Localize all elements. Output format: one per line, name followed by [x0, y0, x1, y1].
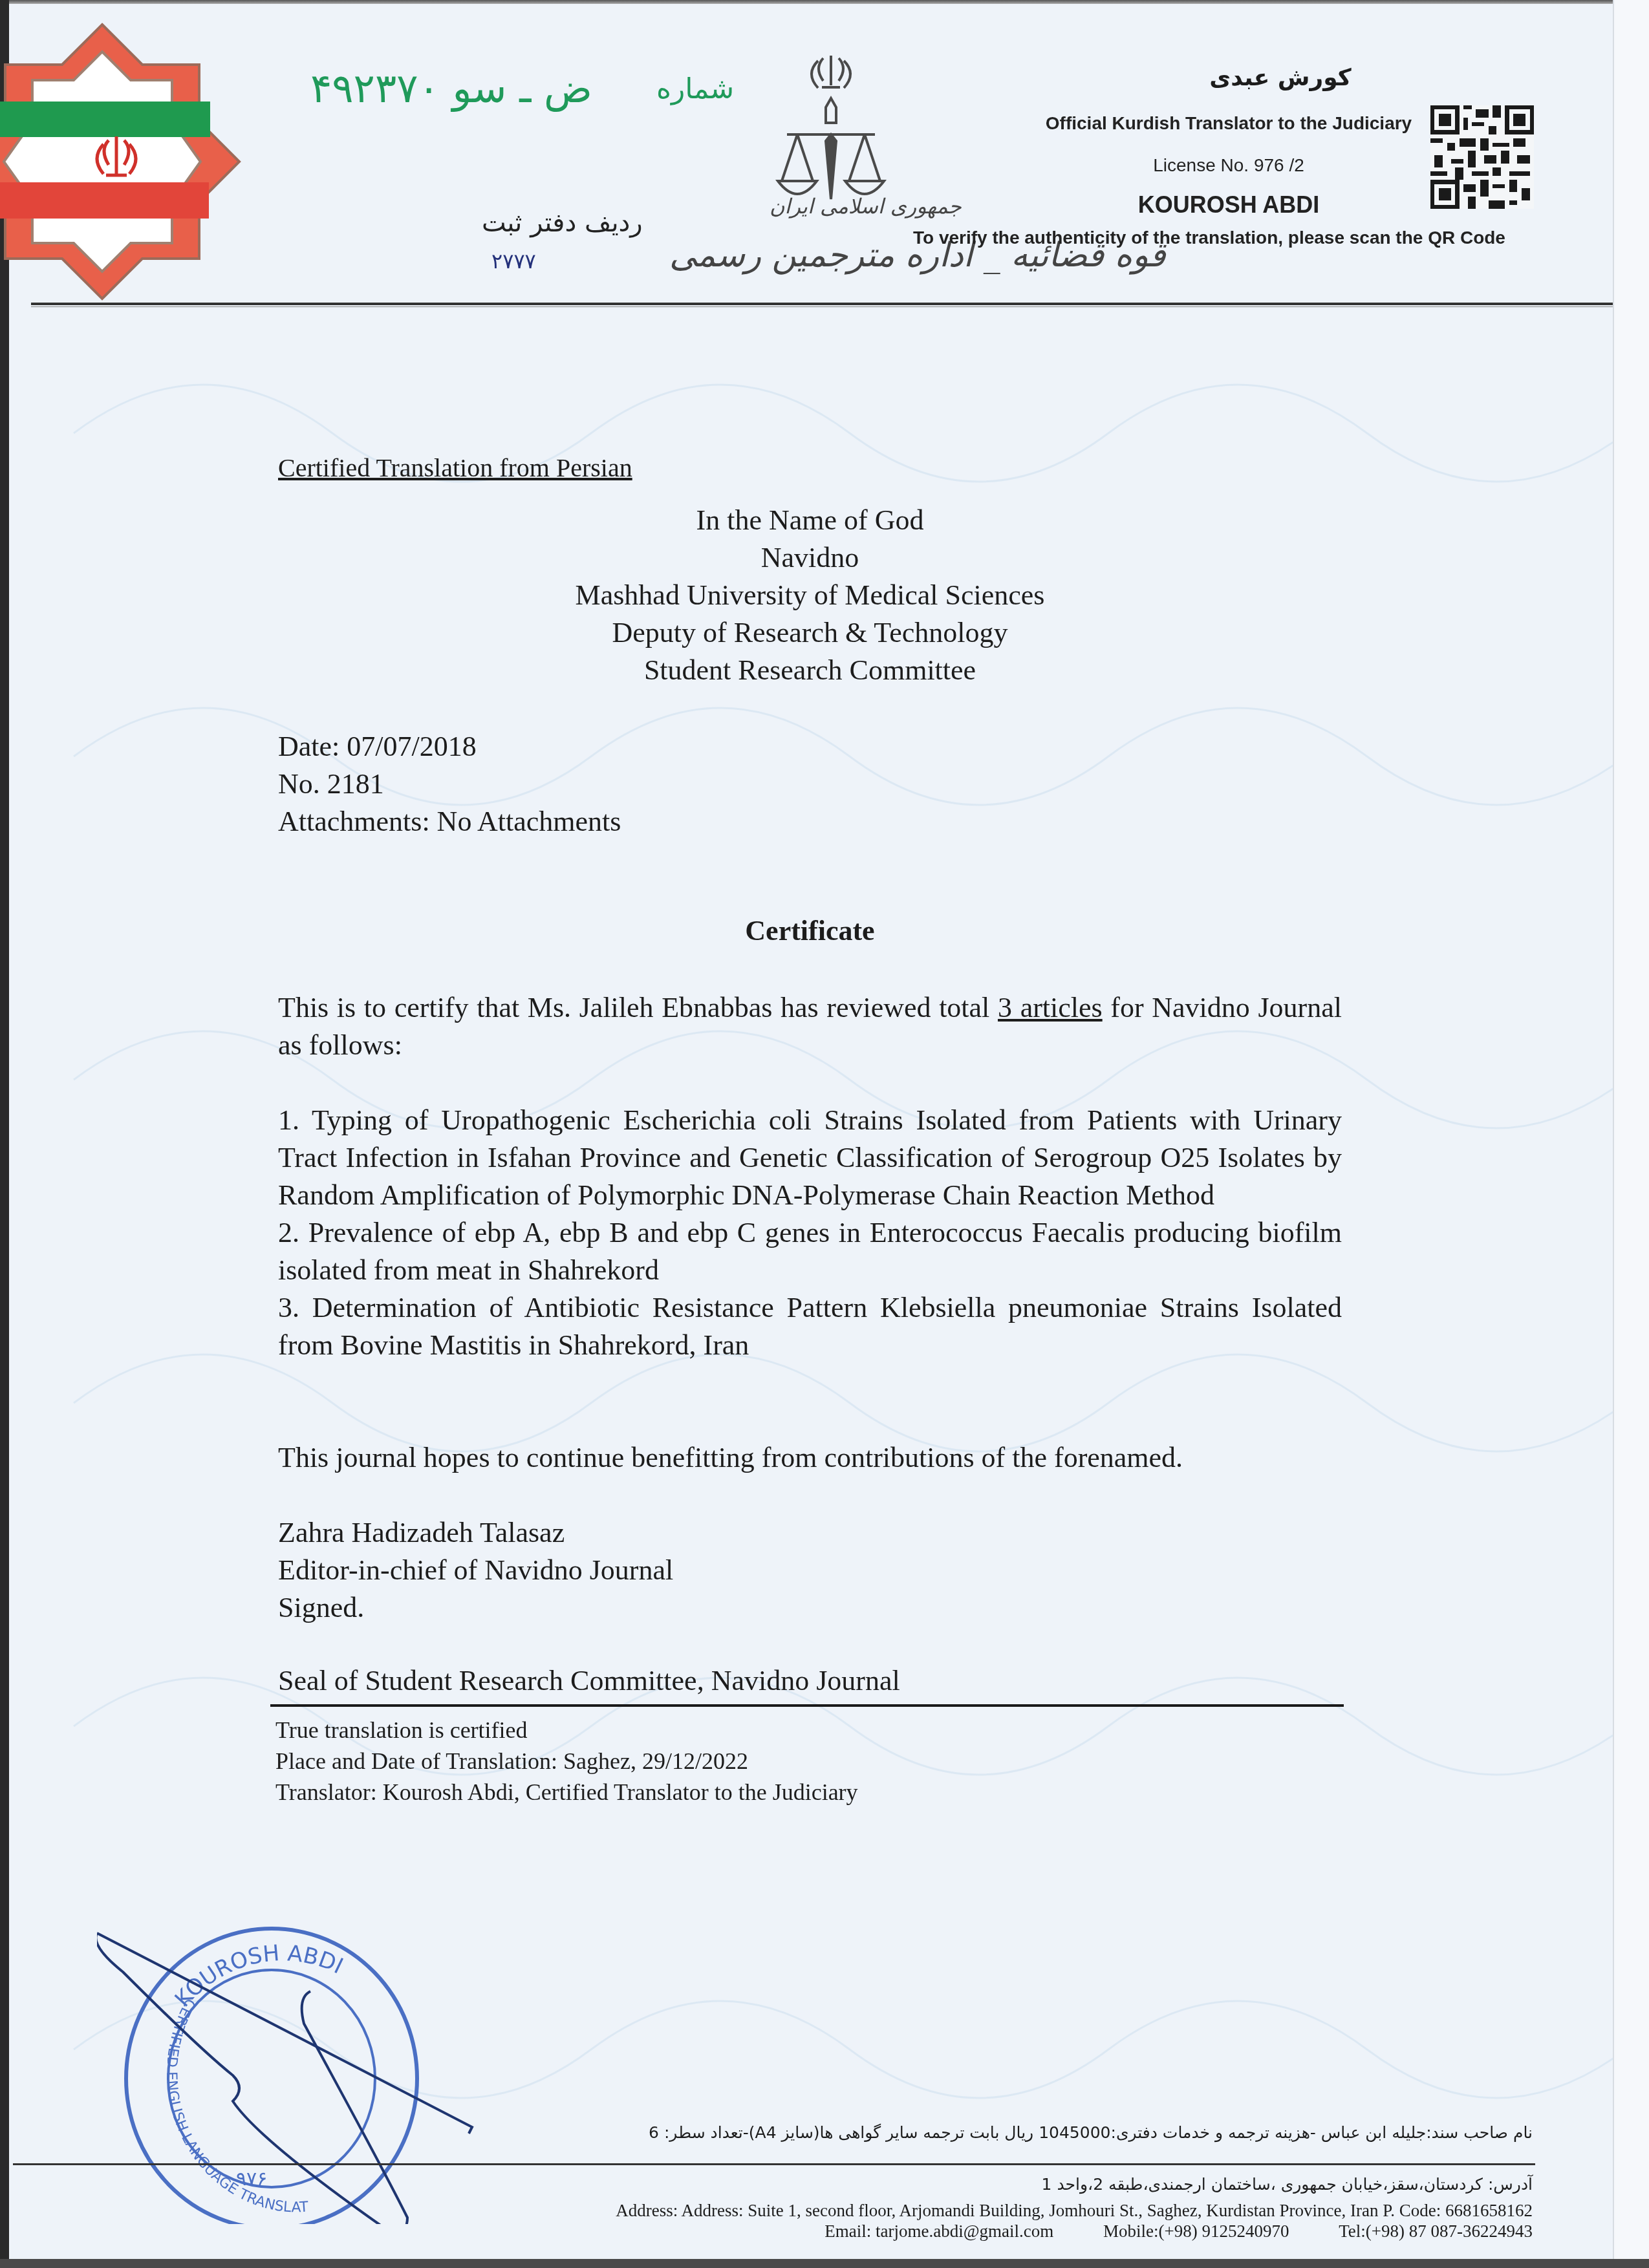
fee-line: نام صاحب سند:جلیله ابن عباس -هزینه ترجمه… [517, 2123, 1533, 2142]
mobile-number: Mobile:(+98) 9125240970 [1103, 2221, 1289, 2241]
address-english: Address: Address: Suite 1, second floor,… [453, 2201, 1533, 2221]
letter-number: No. 2181 [278, 765, 621, 803]
letterhead-line: Deputy of Research & Technology [278, 614, 1342, 652]
certificate-title: Certificate [278, 914, 1342, 947]
scan-edge-right [1613, 0, 1649, 2268]
verify-note: To verify the authenticity of the transl… [892, 228, 1526, 248]
scan-edge-left [0, 0, 9, 2268]
footer-divider [13, 2163, 1535, 2165]
iran-flag-star-icon [0, 19, 297, 310]
letterhead-line: In the Name of God [278, 502, 1342, 539]
license-number: License No. 976 /2 [1048, 155, 1410, 176]
stamp-number: ۹۷۶ [236, 2168, 267, 2190]
register-number: ۲۷۷۷ [491, 249, 536, 273]
qr-code-icon[interactable] [1430, 105, 1534, 209]
article-item: 3. Determination of Antibiotic Resistanc… [278, 1289, 1342, 1364]
translator-name-english: KOUROSH ABDI [1048, 191, 1410, 219]
register-label: ردیف دفتر ثبت [482, 208, 643, 238]
signer-name: Zahra Hadizadeh Talasaz [278, 1514, 673, 1552]
translation-certification: True translation is certified Place and … [275, 1715, 858, 1808]
scales-of-justice-icon [766, 52, 896, 213]
scan-edge-top [0, 0, 1617, 4]
letter-meta: Date: 07/07/2018 No. 2181 Attachments: N… [278, 728, 621, 840]
closing-statement: This journal hopes to continue benefitti… [278, 1439, 1342, 1477]
signer-title: Editor-in-chief of Navidno Journal [278, 1552, 673, 1589]
header-divider [31, 303, 1613, 305]
contact-line: Email: tarjome.abdi@gmail.com Mobile:(+9… [453, 2221, 1533, 2241]
article-item: 1. Typing of Uropathogenic Escherichia c… [278, 1102, 1342, 1214]
intro-text-start: This is to certify that Ms. Jalileh Ebna… [278, 992, 998, 1023]
letter-attachments: Attachments: No Attachments [278, 803, 621, 840]
judiciary-caption-republic: جمهوری اسلامی ایران [770, 194, 962, 219]
letter-date: Date: 07/07/2018 [278, 728, 621, 765]
letterhead-line: Mashhad University of Medical Sciences [278, 577, 1342, 614]
tel-number: Tel:(+98) 87 087-36224943 [1339, 2221, 1533, 2241]
articles-count: 3 articles [998, 992, 1103, 1023]
email-link[interactable]: Email: tarjome.abdi@gmail.com [824, 2221, 1053, 2241]
header-divider-thin [31, 306, 1613, 307]
signer-block: Zahra Hadizadeh Talasaz Editor-in-chief … [278, 1514, 673, 1627]
certified-translation-label: Certified Translation from Persian [278, 453, 632, 483]
translator-title: Official Kurdish Translator to the Judic… [983, 113, 1474, 134]
seal-note: Seal of Student Research Committee, Navi… [278, 1664, 900, 1697]
translator-seal-stamp-icon: KOUROSH ABDI CERTIFIED ENGLISH LANGUAGE … [97, 1914, 498, 2224]
serial-label: شماره [656, 72, 734, 105]
signed-note: Signed. [278, 1589, 673, 1627]
articles-list: 1. Typing of Uropathogenic Escherichia c… [278, 1102, 1342, 1364]
letterhead-line: Student Research Committee [278, 652, 1342, 689]
certificate-intro: This is to certify that Ms. Jalileh Ebna… [278, 989, 1342, 1064]
scan-edge-bottom [0, 2259, 1649, 2268]
place-date-translation: Place and Date of Translation: Saghez, 2… [275, 1746, 858, 1777]
translator-name-persian: کورش عبدی [1138, 65, 1423, 91]
translator-line: Translator: Kourosh Abdi, Certified Tran… [275, 1777, 858, 1808]
article-item: 2. Prevalence of ebp A, ebp B and ebp C … [278, 1214, 1342, 1289]
true-translation: True translation is certified [275, 1715, 858, 1746]
serial-number: ض ـ سو ۴۹۲۳۷۰ [310, 65, 592, 112]
letterhead-line: Navidno [278, 539, 1342, 577]
address-persian: آدرس: کردستان،سقز،خیابان جمهوری ،ساختمان… [776, 2175, 1533, 2194]
seal-divider [270, 1704, 1344, 1707]
letterhead-block: In the Name of God Navidno Mashhad Unive… [278, 502, 1342, 689]
